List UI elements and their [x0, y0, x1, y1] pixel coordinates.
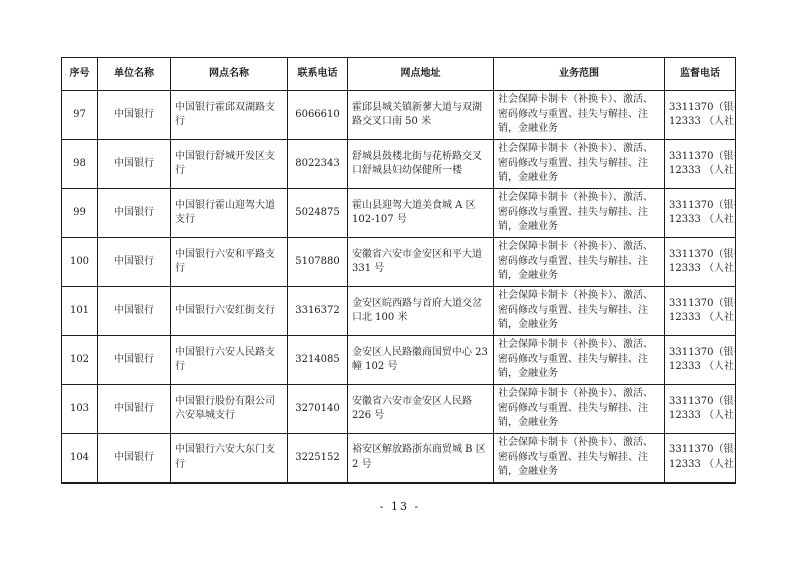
supervision-phone-line: 12333 （人社）	[669, 115, 731, 130]
supervision-phone-cell: 3311370（银行）12333 （人社）	[665, 336, 736, 385]
seq-cell: 103	[62, 385, 98, 434]
table-row: 101中国银行中国银行六安红街支行3316372金安区皖西路与首府大道交岔口北 …	[62, 287, 736, 336]
supervision-phone-cell: 3311370（银行）12333 （人社）	[665, 238, 736, 287]
supervision-phone-cell: 3311370（银行）12333 （人社）	[665, 91, 736, 140]
branch-name-cell: 中国银行霍山迎驾大道支行	[171, 189, 288, 238]
branch-address-cell: 金安区人民路徽商国贸中心 23 幢 102 号	[348, 336, 494, 385]
contact-phone-cell: 3270140	[288, 385, 348, 434]
bank-branch-table: 序号 单位名称 网点名称 联系电话 网点地址 业务范围 监督电话 97中国银行中…	[61, 57, 736, 484]
supervision-phone-cell: 3311370（银行）12333 （人社）	[665, 434, 736, 483]
seq-cell: 97	[62, 91, 98, 140]
business-scope-cell: 社会保障卡制卡（补换卡）、激活、密码修改与重置、挂失与解挂、注销，金融业务	[494, 140, 665, 189]
unit-name-cell: 中国银行	[98, 189, 171, 238]
branch-name-cell: 中国银行六安大东门支行	[171, 434, 288, 483]
supervision-phone-line: 3311370（银行）	[669, 150, 731, 165]
contact-phone-cell: 5024875	[288, 189, 348, 238]
col-header-branch-address: 网点地址	[348, 58, 494, 91]
branch-name-cell: 中国银行六安人民路支行	[171, 336, 288, 385]
unit-name-cell: 中国银行	[98, 287, 171, 336]
supervision-phone-cell: 3311370（银行）12333 （人社）	[665, 189, 736, 238]
branch-address-cell: 金安区皖西路与首府大道交岔口北 100 米	[348, 287, 494, 336]
unit-name-cell: 中国银行	[98, 385, 171, 434]
col-header-seq: 序号	[62, 58, 98, 91]
supervision-phone-line: 12333 （人社）	[669, 262, 731, 277]
col-header-unit-name: 单位名称	[98, 58, 171, 91]
table-row: 99中国银行中国银行霍山迎驾大道支行5024875霍山县迎驾大道美食城 A 区 …	[62, 189, 736, 238]
business-scope-cell: 社会保障卡制卡（补换卡）、激活、密码修改与重置、挂失与解挂、注销，金融业务	[494, 287, 665, 336]
supervision-phone-line: 3311370（银行）	[669, 395, 731, 410]
supervision-phone-cell: 3311370（银行）12333 （人社）	[665, 385, 736, 434]
col-header-business-scope: 业务范围	[494, 58, 665, 91]
seq-cell: 99	[62, 189, 98, 238]
supervision-phone-line: 12333 （人社）	[669, 360, 731, 375]
contact-phone-cell: 3316372	[288, 287, 348, 336]
table-row: 102中国银行中国银行六安人民路支行3214085金安区人民路徽商国贸中心 23…	[62, 336, 736, 385]
unit-name-cell: 中国银行	[98, 238, 171, 287]
table-row: 104中国银行中国银行六安大东门支行3225152裕安区解放路浙东商贸城 B 区…	[62, 434, 736, 483]
header-row: 序号 单位名称 网点名称 联系电话 网点地址 业务范围 监督电话	[62, 58, 736, 91]
unit-name-cell: 中国银行	[98, 434, 171, 483]
branch-address-cell: 霍山县迎驾大道美食城 A 区 102-107 号	[348, 189, 494, 238]
business-scope-cell: 社会保障卡制卡（补换卡）、激活、密码修改与重置、挂失与解挂、注销，金融业务	[494, 91, 665, 140]
branch-address-cell: 安徽省六安市金安区和平大道 331 号	[348, 238, 494, 287]
supervision-phone-line: 12333 （人社）	[669, 311, 731, 326]
business-scope-cell: 社会保障卡制卡（补换卡）、激活、密码修改与重置、挂失与解挂、注销，金融业务	[494, 189, 665, 238]
business-scope-cell: 社会保障卡制卡（补换卡）、激活、密码修改与重置、挂失与解挂、注销，金融业务	[494, 336, 665, 385]
table-body: 97中国银行中国银行霍邱双湖路支行6066610霍邱县城关镇新蓼大道与双湖路交叉…	[62, 91, 736, 483]
supervision-phone-line: 12333 （人社）	[669, 458, 731, 473]
supervision-phone-cell: 3311370（银行）12333 （人社）	[665, 140, 736, 189]
branch-name-cell: 中国银行六安红街支行	[171, 287, 288, 336]
branch-address-cell: 霍邱县城关镇新蓼大道与双湖路交叉口南 50 米	[348, 91, 494, 140]
contact-phone-cell: 3225152	[288, 434, 348, 483]
branch-address-cell: 裕安区解放路浙东商贸城 B 区 2 号	[348, 434, 494, 483]
supervision-phone-line: 12333 （人社）	[669, 164, 731, 179]
branch-name-cell: 中国银行霍邱双湖路支行	[171, 91, 288, 140]
unit-name-cell: 中国银行	[98, 91, 171, 140]
col-header-supervision-phone: 监督电话	[665, 58, 736, 91]
branch-address-cell: 安徽省六安市金安区人民路 226 号	[348, 385, 494, 434]
supervision-phone-line: 3311370（银行）	[669, 101, 731, 116]
supervision-phone-line: 12333 （人社）	[669, 213, 731, 228]
table-row: 98中国银行中国银行舒城开发区支行8022343舒城县鼓楼北街与花桥路交叉口舒城…	[62, 140, 736, 189]
table-row: 103中国银行中国银行股份有限公司六安皋城支行3270140安徽省六安市金安区人…	[62, 385, 736, 434]
seq-cell: 100	[62, 238, 98, 287]
seq-cell: 104	[62, 434, 98, 483]
branch-name-cell: 中国银行六安和平路支行	[171, 238, 288, 287]
unit-name-cell: 中国银行	[98, 140, 171, 189]
supervision-phone-line: 3311370（银行）	[669, 443, 731, 458]
supervision-phone-line: 3311370（银行）	[669, 297, 731, 312]
branch-name-cell: 中国银行股份有限公司六安皋城支行	[171, 385, 288, 434]
page-number: - 13 -	[0, 500, 800, 513]
contact-phone-cell: 3214085	[288, 336, 348, 385]
col-header-branch-name: 网点名称	[171, 58, 288, 91]
business-scope-cell: 社会保障卡制卡（补换卡）、激活、密码修改与重置、挂失与解挂、注销，金融业务	[494, 238, 665, 287]
branch-address-cell: 舒城县鼓楼北街与花桥路交叉口舒城县妇幼保健所一楼	[348, 140, 494, 189]
branch-name-cell: 中国银行舒城开发区支行	[171, 140, 288, 189]
unit-name-cell: 中国银行	[98, 336, 171, 385]
supervision-phone-line: 3311370（银行）	[669, 346, 731, 361]
seq-cell: 101	[62, 287, 98, 336]
supervision-phone-line: 12333 （人社）	[669, 409, 731, 424]
supervision-phone-line: 3311370（银行）	[669, 199, 731, 214]
table-row: 100中国银行中国银行六安和平路支行5107880安徽省六安市金安区和平大道 3…	[62, 238, 736, 287]
business-scope-cell: 社会保障卡制卡（补换卡）、激活、密码修改与重置、挂失与解挂、注销，金融业务	[494, 434, 665, 483]
document-page: 序号 单位名称 网点名称 联系电话 网点地址 业务范围 监督电话 97中国银行中…	[0, 0, 800, 565]
seq-cell: 98	[62, 140, 98, 189]
seq-cell: 102	[62, 336, 98, 385]
table-row: 97中国银行中国银行霍邱双湖路支行6066610霍邱县城关镇新蓼大道与双湖路交叉…	[62, 91, 736, 140]
supervision-phone-cell: 3311370（银行）12333 （人社）	[665, 287, 736, 336]
contact-phone-cell: 8022343	[288, 140, 348, 189]
col-header-contact-phone: 联系电话	[288, 58, 348, 91]
business-scope-cell: 社会保障卡制卡（补换卡）、激活、密码修改与重置、挂失与解挂、注销，金融业务	[494, 385, 665, 434]
contact-phone-cell: 5107880	[288, 238, 348, 287]
supervision-phone-line: 3311370（银行）	[669, 248, 731, 263]
table-header: 序号 单位名称 网点名称 联系电话 网点地址 业务范围 监督电话	[62, 58, 736, 91]
contact-phone-cell: 6066610	[288, 91, 348, 140]
